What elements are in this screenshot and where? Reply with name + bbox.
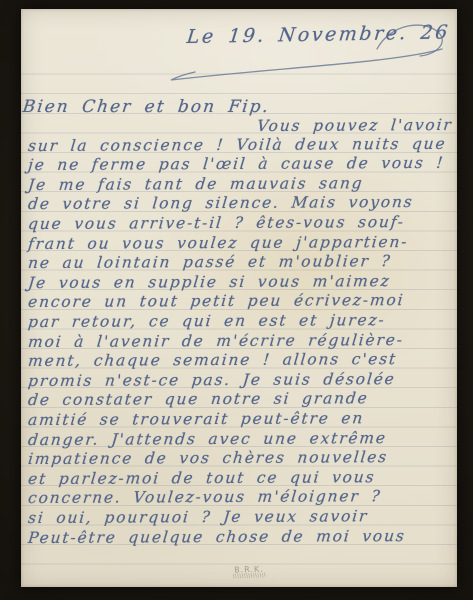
letter-line: et parlez-moi de tout ce qui vous (27, 468, 376, 488)
letter-date: Le 19. Novembre. 26 (186, 21, 451, 48)
letter-line: moi à l'avenir de m'écrire régulière- (27, 331, 404, 351)
letter-line: de votre si long silence. Mais voyons (27, 193, 414, 213)
letter-line: je ne ferme pas l'œil à cause de vous ! (27, 154, 445, 174)
letter-line: frant ou vous voulez que j'appartien- (27, 233, 409, 253)
letter-line: encore un tout petit peu écrivez-moi (27, 291, 405, 311)
letter-line: Peut-être quelque chose de moi vous (27, 527, 406, 547)
pencil-annotation-text: B.R.K. (234, 564, 264, 574)
letter-salutation: Bien Cher et bon Fip. (22, 97, 272, 117)
letter-line: que vous arrive-t-il ? êtes-vous souf- (27, 213, 405, 233)
letter-paper: Le 19. Novembre. 26 Bien Cher et bon Fip… (21, 9, 457, 587)
letter-line: par retour, ce qui en est et jurez- (27, 311, 386, 331)
letter-line: si oui, pourquoi ? Je veux savoir (27, 507, 369, 527)
letter-line: de constater que notre si grande (27, 390, 369, 410)
pencil-annotation: B.R.K. (219, 564, 279, 579)
letter-line: ment, chaque semaine ! allons c'est (27, 350, 398, 370)
letter-line: amitié se trouverait peut-être en (27, 409, 365, 429)
letter-line: ne au lointain passé et m'oublier ? (27, 252, 392, 272)
letter-line: Je vous en supplie si vous m'aimez (27, 272, 391, 292)
letter-line: danger. J'attends avec une extrême (27, 429, 388, 449)
letter-line: impatience de vos chères nouvelles (27, 448, 389, 468)
letter-line: Vous pouvez l'avoir (256, 116, 453, 135)
letter-line: concerne. Voulez-vous m'éloigner ? (27, 488, 382, 508)
letter-line: promis n'est-ce pas. Je suis désolée (27, 370, 396, 390)
letter-line: sur la conscience ! Voilà deux nuits que (27, 134, 447, 154)
letter-line: Je me fais tant de mauvais sang (27, 174, 364, 194)
